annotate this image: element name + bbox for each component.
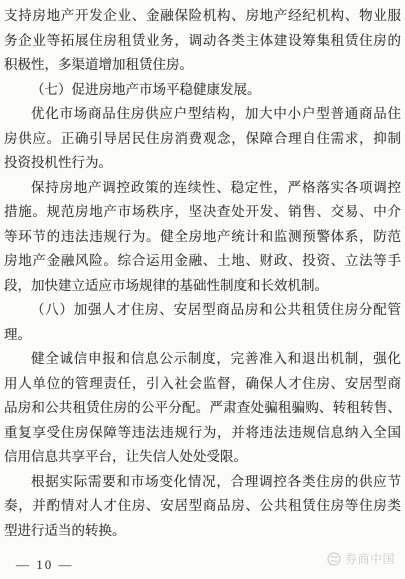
text-line: 型进行适当的转换。	[4, 519, 401, 544]
document-body: 支持房地产开发企业、金融保险机构、房地产经纪机构、物业服务企业等拓展住房租赁业务…	[4, 4, 401, 543]
text-line: 段，加快建立适应市场规律的基础性制度和长效机制。	[4, 274, 401, 299]
text-line: 等环节的违法违规行为。健全房地产统计和监测预警体系，防范	[4, 225, 401, 250]
text-line: 房地产金融风险。综合运用金融、土地、财政、投资、立法等手	[4, 249, 401, 274]
text-line: 支持房地产开发企业、金融保险机构、房地产经纪机构、物业服	[4, 4, 401, 29]
text-line: 优化市场商品住房供应户型结构，加大中小户型普通商品住	[4, 102, 401, 127]
text-line: 保持房地产调控政策的连续性、稳定性，严格落实各项调控	[4, 176, 401, 201]
text-line: 健全诚信申报和信息公示制度，完善准入和退出机制，强化	[4, 347, 401, 372]
text-line: 理。	[4, 323, 401, 348]
watermark: 券商中国	[327, 552, 395, 566]
text-line: 房供应。正确引导居民住房消费观念，保障合理自住需求，抑制	[4, 127, 401, 152]
text-line: 品房和公共租赁住房的公平分配。严肃查处骗租骗购、转租转售、	[4, 396, 401, 421]
text-line: 用人单位的管理责任，引入社会监督，确保人才住房、安居型商	[4, 372, 401, 397]
text-line: 措施。规范房地产市场秩序，坚决查处开发、销售、交易、中介	[4, 200, 401, 225]
text-line: （八）加强人才住房、安居型商品房和公共租赁住房分配管	[4, 298, 401, 323]
text-line: 信用信息共享平台，让失信人处处受限。	[4, 445, 401, 470]
watermark-label: 券商中国	[345, 552, 395, 566]
text-line: 积极性，多渠道增加租赁住房。	[4, 53, 401, 78]
text-line: 重复享受住房保障等违法违规行为，并将违法违规信息纳入全国	[4, 421, 401, 446]
page-number: — 10 —	[16, 558, 74, 572]
text-line: 根据实际需要和市场变化情况，合理调控各类住房的供应节	[4, 470, 401, 495]
brokerage-china-logo-icon	[327, 552, 341, 566]
text-line: 投资投机性行为。	[4, 151, 401, 176]
text-line: （七）促进房地产市场平稳健康发展。	[4, 78, 401, 103]
text-line: 奏，并酌情对人才住房、安居型商品房、公共租赁住房等住房类	[4, 494, 401, 519]
document-page: { "page": { "background_color": "#fcfcfb…	[0, 0, 405, 579]
text-line: 务企业等拓展住房租赁业务，调动各类主体建设筹集租赁住房的	[4, 29, 401, 54]
